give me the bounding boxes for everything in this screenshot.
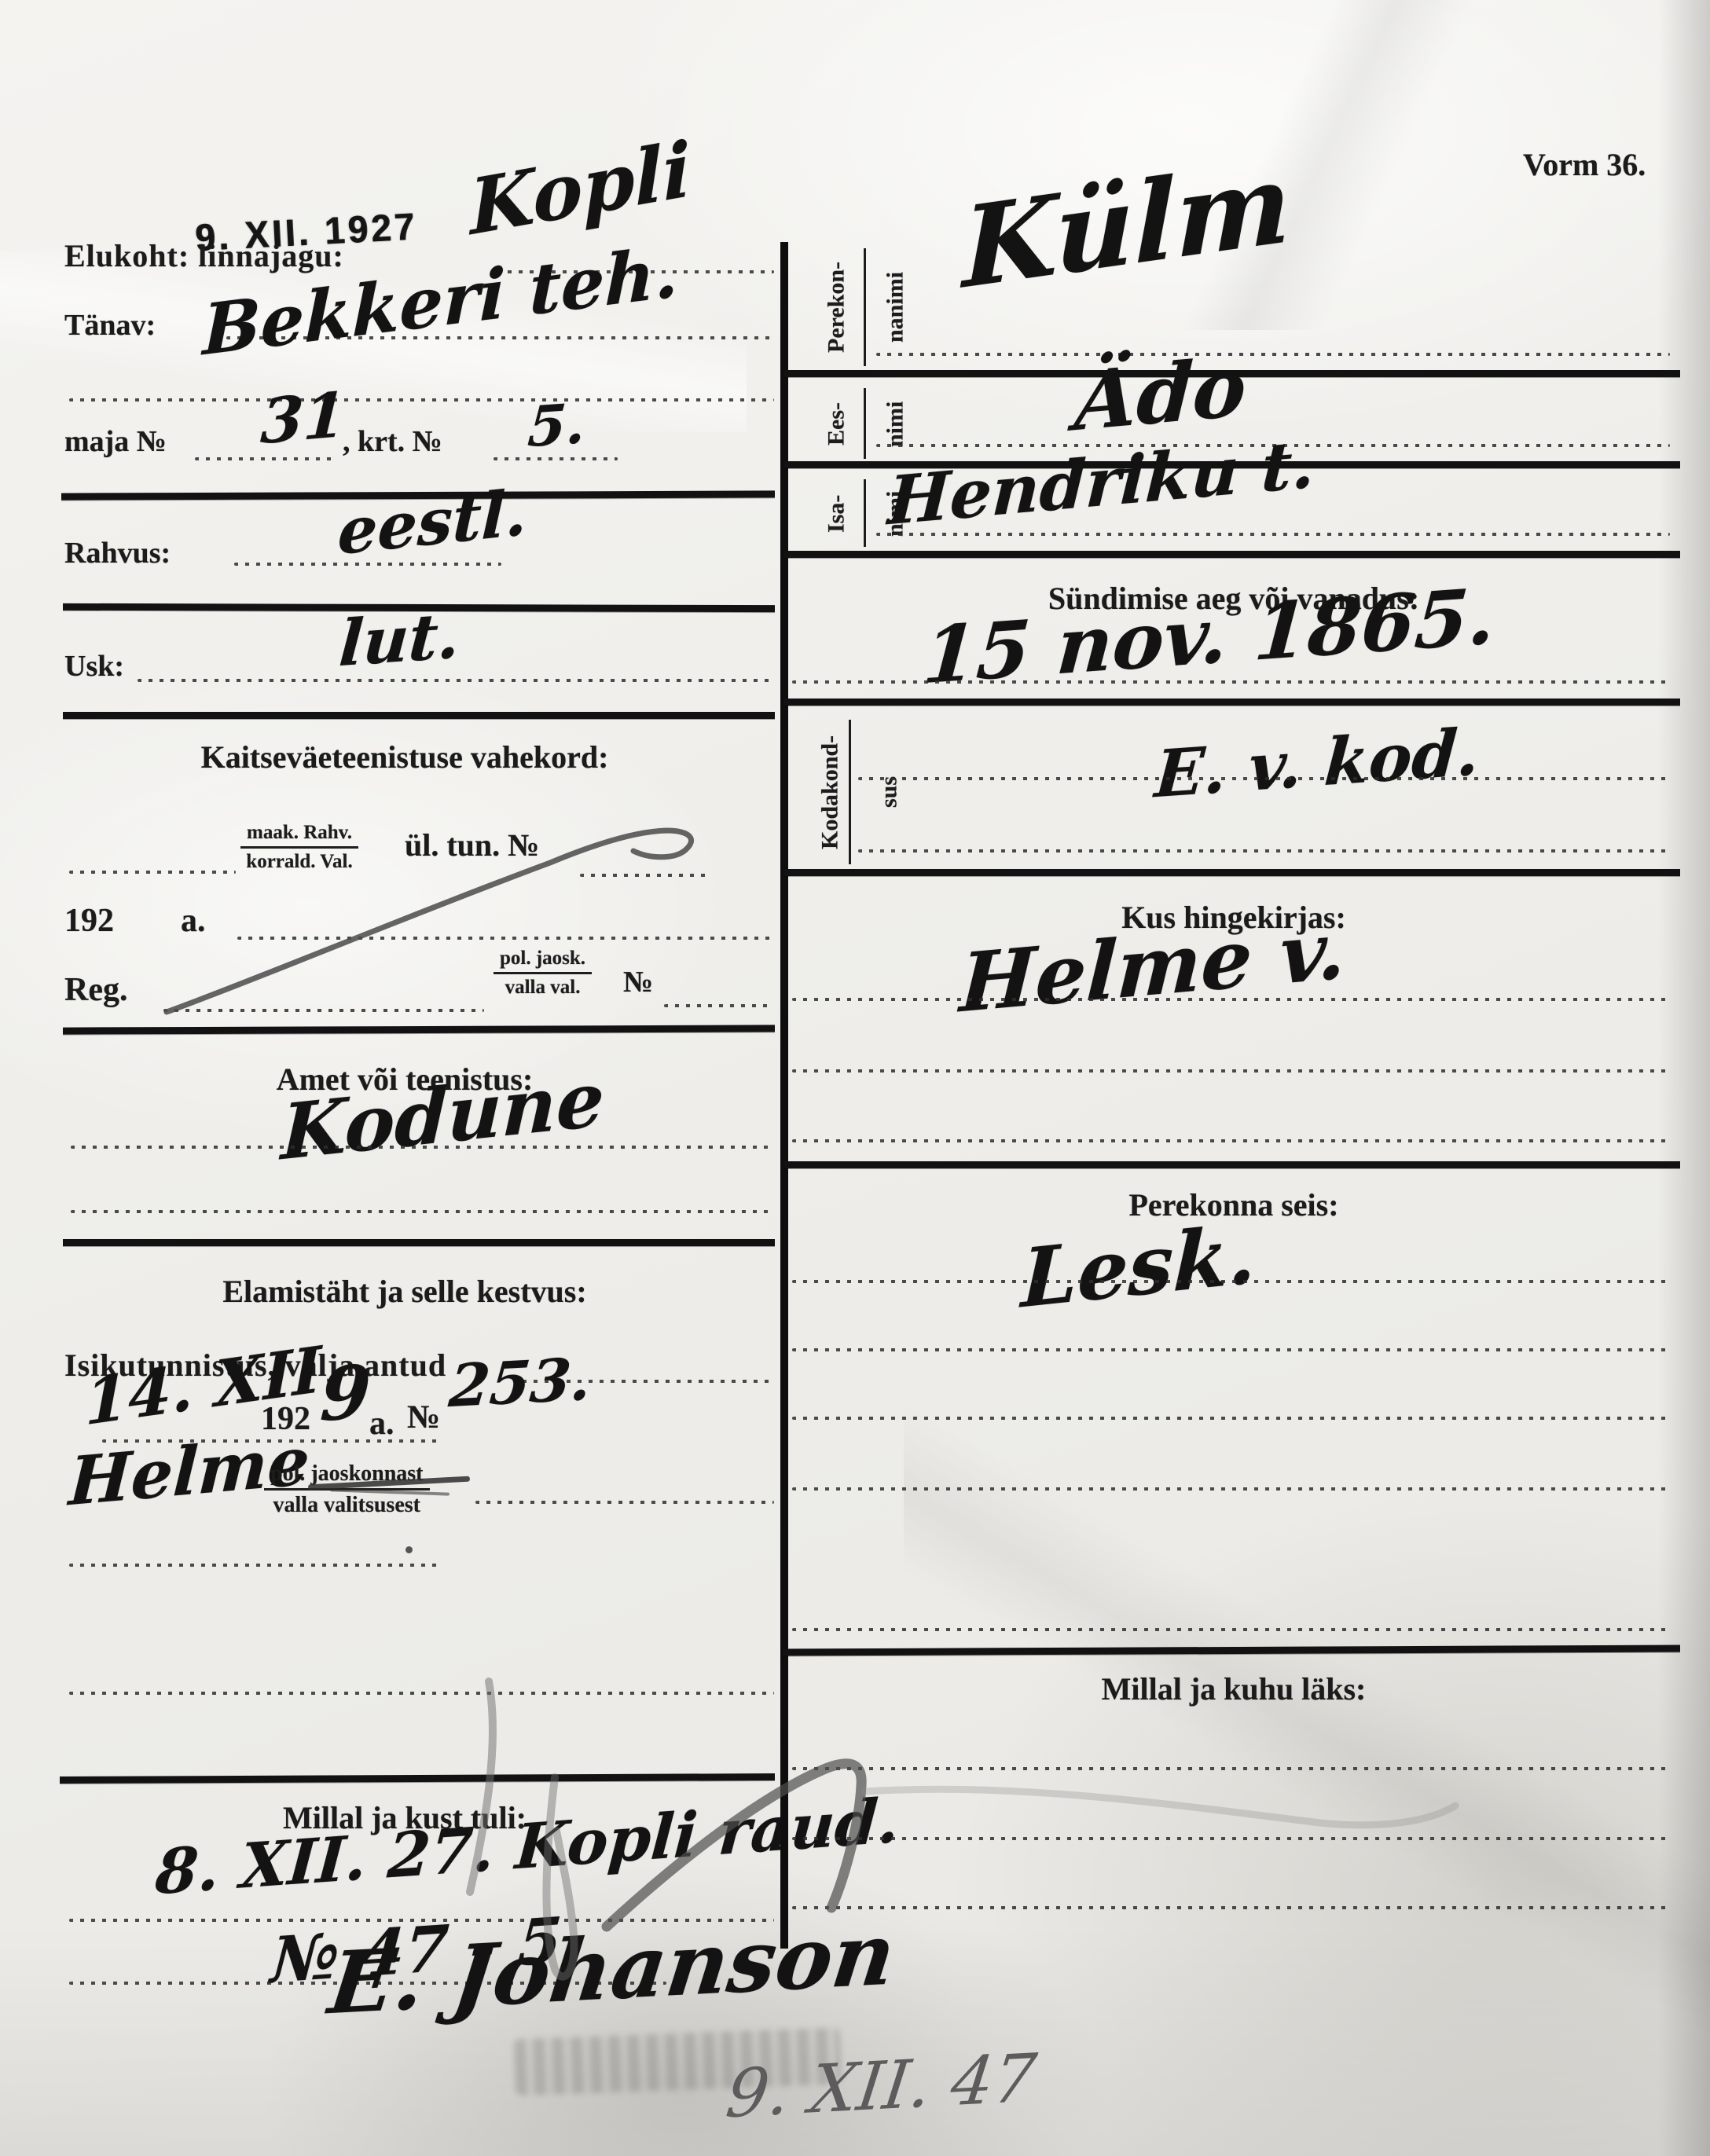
occupation-dotted-line-1 <box>71 1146 774 1149</box>
military-fraction-bottom: korrald. Val. <box>240 849 358 874</box>
surname-dotted-line <box>876 353 1670 356</box>
surname-label-rule <box>864 248 866 366</box>
departure-date-value: 9. XII. 47 <box>722 2039 1040 2132</box>
nationality-label: Rahvus: <box>64 536 171 570</box>
rule-4 <box>63 1025 775 1034</box>
rule-r3 <box>784 551 1680 558</box>
citizenship-dotted-line-2 <box>858 849 1670 852</box>
religion-value: lut. <box>337 598 463 680</box>
pencil-scrawl-stroke-4 <box>864 1789 1455 1825</box>
military-dotted-line-2 <box>580 874 712 877</box>
firstname-label-rule <box>864 388 866 459</box>
military-year-suffix: a. <box>181 902 206 940</box>
apartment-label: , krt. № <box>343 424 442 459</box>
id-year-value: 9 <box>318 1348 372 1438</box>
parish-dotted-line-2 <box>792 1069 1670 1072</box>
scanned-form-page: Vorm 36. 9. XII. 1927 Elukoht: linnajagu… <box>0 0 1710 2156</box>
surname-label-line2: nanimi <box>881 245 911 369</box>
surname-label-line1: Perekon- <box>822 245 852 369</box>
fathername-label-line1: Isa- <box>822 478 852 550</box>
small-ink-dot <box>405 1546 413 1553</box>
citizenship-value: E. v. kod. <box>1153 714 1482 813</box>
left-section-dotted-line-2 <box>792 1837 1670 1840</box>
id-no-label: № <box>407 1399 440 1436</box>
military-fraction-top: maak. Rahv. <box>240 822 358 849</box>
reg-fraction-top: pol. jaosk. <box>494 948 592 974</box>
family-dotted-line-2 <box>792 1348 1670 1351</box>
residence-label: Elukoht: linnajagu: <box>64 237 344 274</box>
fathername-dotted-line <box>876 533 1670 536</box>
military-cert-label: ül. tun. № <box>405 827 539 863</box>
crease-right-edge <box>1658 0 1710 2156</box>
reg-fraction-bottom: valla val. <box>494 974 592 999</box>
reg-label: Reg. <box>64 971 127 1009</box>
military-dotted-line-1 <box>69 871 236 874</box>
military-fraction: maak. Rahv. korrald. Val. <box>240 822 358 874</box>
reg-no-label: № <box>623 965 653 999</box>
center-divider-line <box>780 242 788 1949</box>
family-dotted-line-1 <box>792 1280 1670 1283</box>
family-dotted-line-3 <box>792 1417 1670 1420</box>
id-year-suffix: a. <box>369 1405 394 1443</box>
rule-3 <box>63 712 775 719</box>
military-year-prefix: 192 <box>64 902 114 940</box>
left-section-dotted-line-0 <box>792 1628 1670 1631</box>
parish-dotted-line-3 <box>792 1139 1670 1142</box>
rule-r7 <box>783 1645 1680 1656</box>
rule-r5 <box>784 869 1680 876</box>
crease-diagonal-bottom <box>904 1296 1710 2156</box>
form-number: Vorm 36. <box>1523 146 1646 183</box>
parish-dotted-line-1 <box>792 998 1670 1001</box>
rule-6 <box>60 1773 775 1784</box>
military-heading: Kaitseväeteenistuse vahekord: <box>67 739 743 775</box>
apartment-value: 5. <box>526 390 588 460</box>
religion-label: Usk: <box>64 649 124 684</box>
citizenship-vertical-label: Kodakond- sus <box>786 717 934 867</box>
family-value: Lesk. <box>1020 1207 1258 1326</box>
citizenship-dotted-line-1 <box>858 777 1670 780</box>
family-dotted-line-4 <box>792 1487 1670 1490</box>
religion-dotted-line <box>138 679 774 682</box>
citizenship-label-line1: Kodakond- <box>816 717 846 867</box>
spare-dotted-line-2 <box>69 1692 774 1695</box>
firstname-label-line1: Ees- <box>822 387 852 462</box>
citizenship-label-line2: sus <box>875 717 905 867</box>
spare-dotted-line-1 <box>69 1564 439 1567</box>
reg-dotted-line-1 <box>163 1009 484 1012</box>
reg-fraction: pol. jaosk. valla val. <box>494 948 592 999</box>
citizenship-label-rule <box>849 720 851 864</box>
id-issuer-fraction-bottom: valla valitsusest <box>264 1490 430 1518</box>
rule-r6 <box>784 1161 1680 1168</box>
permit-heading: Elamistäht ja selle kestvus: <box>67 1273 743 1310</box>
id-dotted-line-3 <box>475 1501 774 1504</box>
reg-dotted-line-2 <box>664 1004 774 1007</box>
fathername-label-rule <box>864 479 866 547</box>
id-no-value: 253. <box>446 1345 594 1421</box>
street-dotted-line-2 <box>69 398 774 401</box>
firstname-label-line2: nimi <box>881 387 911 462</box>
surname-value: Külm <box>963 138 1291 314</box>
nationality-value: eestl. <box>336 475 528 569</box>
left-section-dotted-line-1 <box>792 1767 1670 1770</box>
street-label: Tänav: <box>64 308 156 343</box>
occupation-dotted-line-2 <box>71 1210 774 1213</box>
house-label: maja № <box>64 424 167 459</box>
left-heading: Millal ja kuhu läks: <box>790 1670 1678 1707</box>
rule-r4 <box>784 698 1680 706</box>
rule-5 <box>63 1239 775 1246</box>
military-year-dotted-line <box>237 937 775 940</box>
house-value: 31 <box>259 379 348 458</box>
birth-dotted-line <box>792 680 1670 684</box>
left-section-dotted-line-3 <box>792 1906 1670 1909</box>
